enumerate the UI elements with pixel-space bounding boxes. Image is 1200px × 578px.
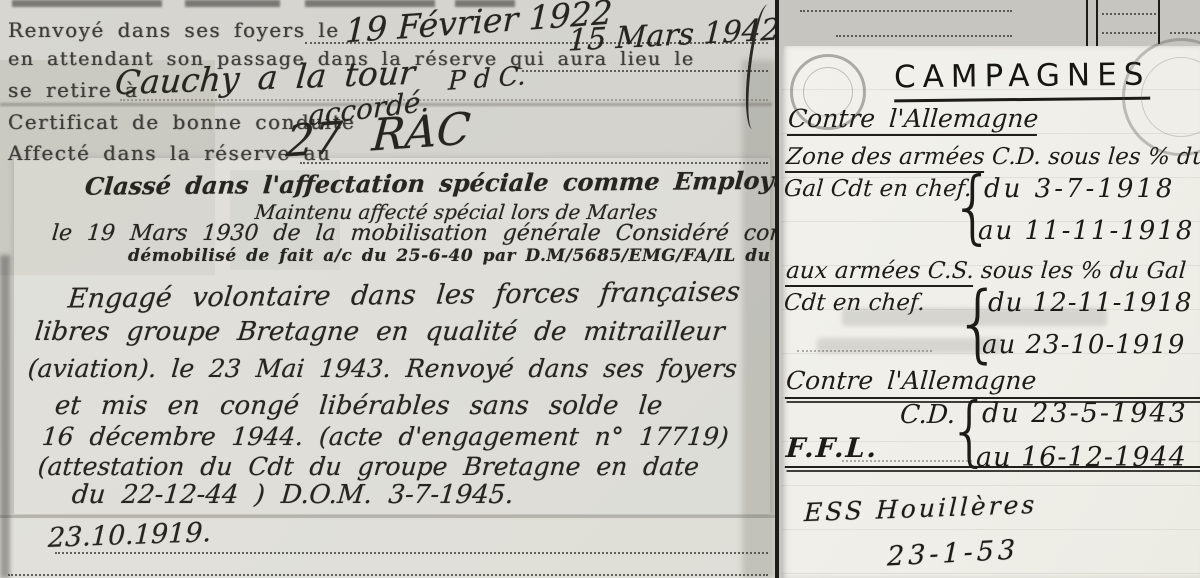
campagnes-aux-to: au 23-10-1919 — [982, 330, 1185, 360]
hw-engagement-line6: (attestation du Cdt du groupe Bretagne e… — [37, 452, 701, 481]
dotted-line — [8, 572, 768, 576]
pencil-note-line1: ESS Houillères — [804, 490, 1038, 527]
form-label-renvoye: Renvoyé dans ses foyers le — [8, 18, 340, 42]
cut-off-text-fragment — [185, 0, 280, 7]
dotted-line — [522, 68, 768, 72]
hw-engagement-line5: 16 décembre 1944. (acte d'engagement n° … — [41, 422, 730, 451]
dotted-line — [1102, 30, 1156, 34]
dotted-line — [55, 550, 768, 554]
form-rule-vertical — [1158, 0, 1160, 44]
campagnes-ffl-to: au 16-12-1944 — [976, 442, 1187, 473]
campagnes-zone-from: du 3-7-1918 — [984, 174, 1175, 204]
scanned-document: Renvoyé dans ses foyers le en attendant … — [0, 0, 1200, 578]
hw-engagement-line7: du 22-12-44 ) D.O.M. 3-7-1945. — [71, 480, 515, 510]
dotted-line — [800, 8, 1012, 12]
form-rule-vertical — [1096, 0, 1098, 48]
campagnes-aux-from: du 12-11-1918 — [988, 288, 1193, 318]
campagnes-section1-heading: Contre l'Allemagne — [787, 104, 1039, 136]
campagnes-zone-chief: Gal Cdt en chef. — [783, 176, 973, 202]
form-rule-vertical — [775, 0, 779, 578]
hw-engagement-line3: (aviation). le 23 Mai 1943. Renvoyé dans… — [27, 354, 738, 383]
scan-edge-shadow — [0, 255, 10, 578]
campagnes-title: CAMPAGNES — [894, 57, 1151, 103]
dotted-line — [842, 458, 972, 462]
hw-bottom-date: 23.10.1919. — [48, 517, 212, 554]
cut-off-text-fragment — [12, 0, 162, 7]
campagnes-zone-to: au 11-11-1918 — [978, 216, 1194, 246]
form-label-affecte: Affecté dans la réserve au — [8, 141, 331, 165]
hw-retire-dept: P d C. — [448, 61, 527, 97]
campagnes-aux-rest: sous les % du Gal — [980, 258, 1187, 284]
hw-affectation-line3: le 19 Mars 1930 de la mobilisation génér… — [51, 221, 825, 246]
campagnes-aux-label: aux armées C.S. — [785, 258, 975, 287]
campagnes-section2-heading: Contre l'Allemagne — [785, 366, 1200, 399]
hw-affectation-line4: démobilisé de fait a/c du 25-6-40 par D.… — [128, 246, 869, 266]
dotted-line — [797, 348, 932, 352]
campagnes-ffl-from: du 23-5-1943 — [982, 398, 1188, 429]
dotted-line — [836, 33, 1012, 37]
hw-engagement-line2: libres groupe Bretagne en qualité de mit… — [33, 317, 726, 347]
hw-engagement-line1: Engagé volontaire dans les forces frança… — [67, 276, 742, 314]
pencil-note-line2: 23-1-53 — [887, 535, 1020, 573]
hw-engagement-line4: et mis en congé libérables sans solde le — [54, 391, 664, 421]
dotted-line — [1102, 11, 1156, 15]
dotted-line — [1170, 30, 1200, 34]
torn-edge-shadow — [742, 60, 776, 578]
form-rule-vertical — [1086, 0, 1088, 48]
